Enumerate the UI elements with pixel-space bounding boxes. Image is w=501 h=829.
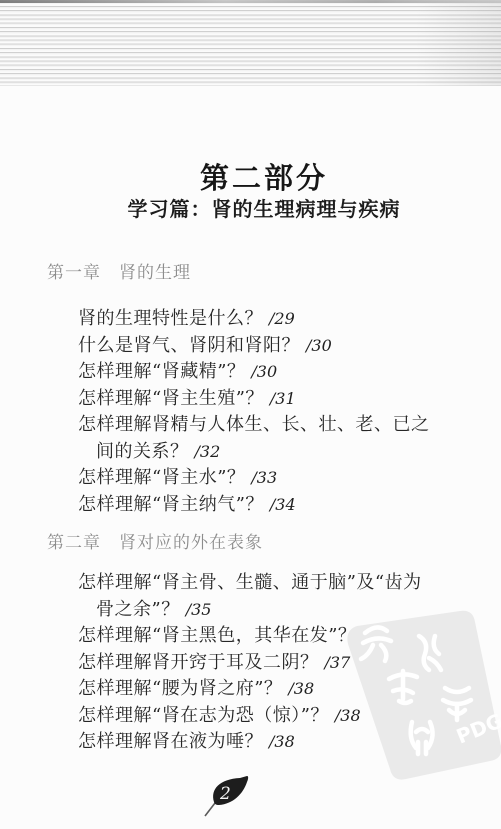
toc-entry: 怎样理解肾精与人体生、长、壮、老、已之: [78, 412, 448, 439]
toc-entry-text: 怎样理解肾开窍于耳及二阴？: [78, 652, 319, 673]
toc-entry-text: 怎样理解“腰为肾之府”？: [78, 678, 282, 699]
toc-entry-continuation: 骨之余”？/35: [78, 597, 448, 624]
toc-entry-text: 骨之余”？: [96, 599, 180, 620]
toc-entry-page: /32: [195, 442, 221, 461]
toc-entry: 怎样理解“肾主水”？/33: [78, 465, 448, 492]
toc-entry: 肾的生理特性是什么？/29: [78, 306, 448, 333]
page-number: 2: [219, 784, 231, 804]
toc-entry: 怎样理解肾在液为唾？/38: [78, 729, 448, 756]
toc-entry: 怎样理解“肾主纳气”？/34: [78, 492, 448, 519]
toc-entry-page: /38: [288, 679, 314, 698]
toc-entry-page: /31: [270, 389, 296, 408]
toc-entry-page: /33: [251, 468, 277, 487]
leaf-icon: 2: [204, 774, 256, 820]
toc-entry: 怎样理解“肾主骨、生髓、通于脑”及“齿为: [78, 570, 448, 597]
toc-entry-page: /38: [335, 706, 361, 725]
toc-entry-page: /36: [362, 626, 388, 645]
chapter-2: 第二章 肾对应的外在表象 怎样理解“肾主骨、生髓、通于脑”及“齿为 骨之余”？/…: [47, 532, 481, 756]
toc-entry-page: /30: [306, 336, 332, 355]
toc-entry: 怎样理解“肾主黑色，其华在发”？/36: [78, 623, 448, 650]
toc-entry-text: 怎样理解“肾主纳气”？: [78, 494, 264, 515]
toc-entry-page: /34: [270, 495, 296, 514]
toc-entry: 怎样理解“肾藏精”？/30: [78, 359, 448, 386]
toc-entry: 怎样理解“腰为肾之府”？/38: [78, 676, 448, 703]
toc-entry-text: 肾的生理特性是什么？: [78, 308, 263, 329]
chapter-2-toc: 怎样理解“肾主骨、生髓、通于脑”及“齿为 骨之余”？/35 怎样理解“肾主黑色，…: [78, 570, 448, 756]
toc-entry-continuation: 间的关系？/32: [78, 439, 448, 466]
toc-entry-text: 怎样理解“肾主水”？: [78, 467, 245, 488]
toc-entry-page: /30: [251, 362, 277, 381]
toc-entry-text: 间的关系？: [96, 441, 189, 462]
toc-entry: 怎样理解肾开窍于耳及二阴？/37: [78, 650, 448, 677]
page-content: 第二部分 学习篇：肾的生理病理与疾病 第一章 肾的生理 肾的生理特性是什么？/2…: [0, 162, 501, 756]
toc-entry-page: /29: [269, 309, 295, 328]
part-title: 第二部分: [47, 162, 481, 194]
chapter-2-title: 第二章 肾对应的外在表象: [47, 532, 481, 554]
chapter-1-title: 第一章 肾的生理: [47, 262, 481, 284]
toc-entry-text: 怎样理解肾精与人体生、长、壮、老、已之: [78, 414, 430, 435]
scan-edge-stripes: [0, 0, 501, 86]
toc-entry-text: 怎样理解“肾主生殖”？: [78, 388, 264, 409]
book-page: 第二部分 学习篇：肾的生理病理与疾病 第一章 肾的生理 肾的生理特性是什么？/2…: [0, 0, 501, 829]
toc-entry-page: /37: [325, 653, 351, 672]
page-number-leaf: 2: [204, 774, 256, 820]
toc-entry-text: 怎样理解“肾主骨、生髓、通于脑”及“齿为: [78, 572, 422, 593]
toc-entry-text: 什么是肾气、肾阴和肾阳？: [78, 335, 300, 356]
toc-entry-page: /35: [186, 600, 212, 619]
toc-entry: 怎样理解“肾在志为恐（惊）”？/38: [78, 703, 448, 730]
toc-entry-page: /38: [269, 732, 295, 751]
chapter-1-toc: 肾的生理特性是什么？/29 什么是肾气、肾阴和肾阳？/30 怎样理解“肾藏精”？…: [78, 306, 448, 518]
toc-entry-text: 怎样理解“肾藏精”？: [78, 361, 245, 382]
chapter-1: 第一章 肾的生理 肾的生理特性是什么？/29 什么是肾气、肾阴和肾阳？/30 怎…: [47, 262, 481, 518]
toc-entry-text: 怎样理解“肾在志为恐（惊）”？: [78, 705, 329, 726]
toc-entry-text: 怎样理解肾在液为唾？: [78, 731, 263, 752]
toc-entry: 什么是肾气、肾阴和肾阳？/30: [78, 333, 448, 360]
toc-entry-text: 怎样理解“肾主黑色，其华在发”？: [78, 625, 356, 646]
part-subtitle: 学习篇：肾的生理病理与疾病: [47, 196, 481, 222]
toc-entry: 怎样理解“肾主生殖”？/31: [78, 386, 448, 413]
